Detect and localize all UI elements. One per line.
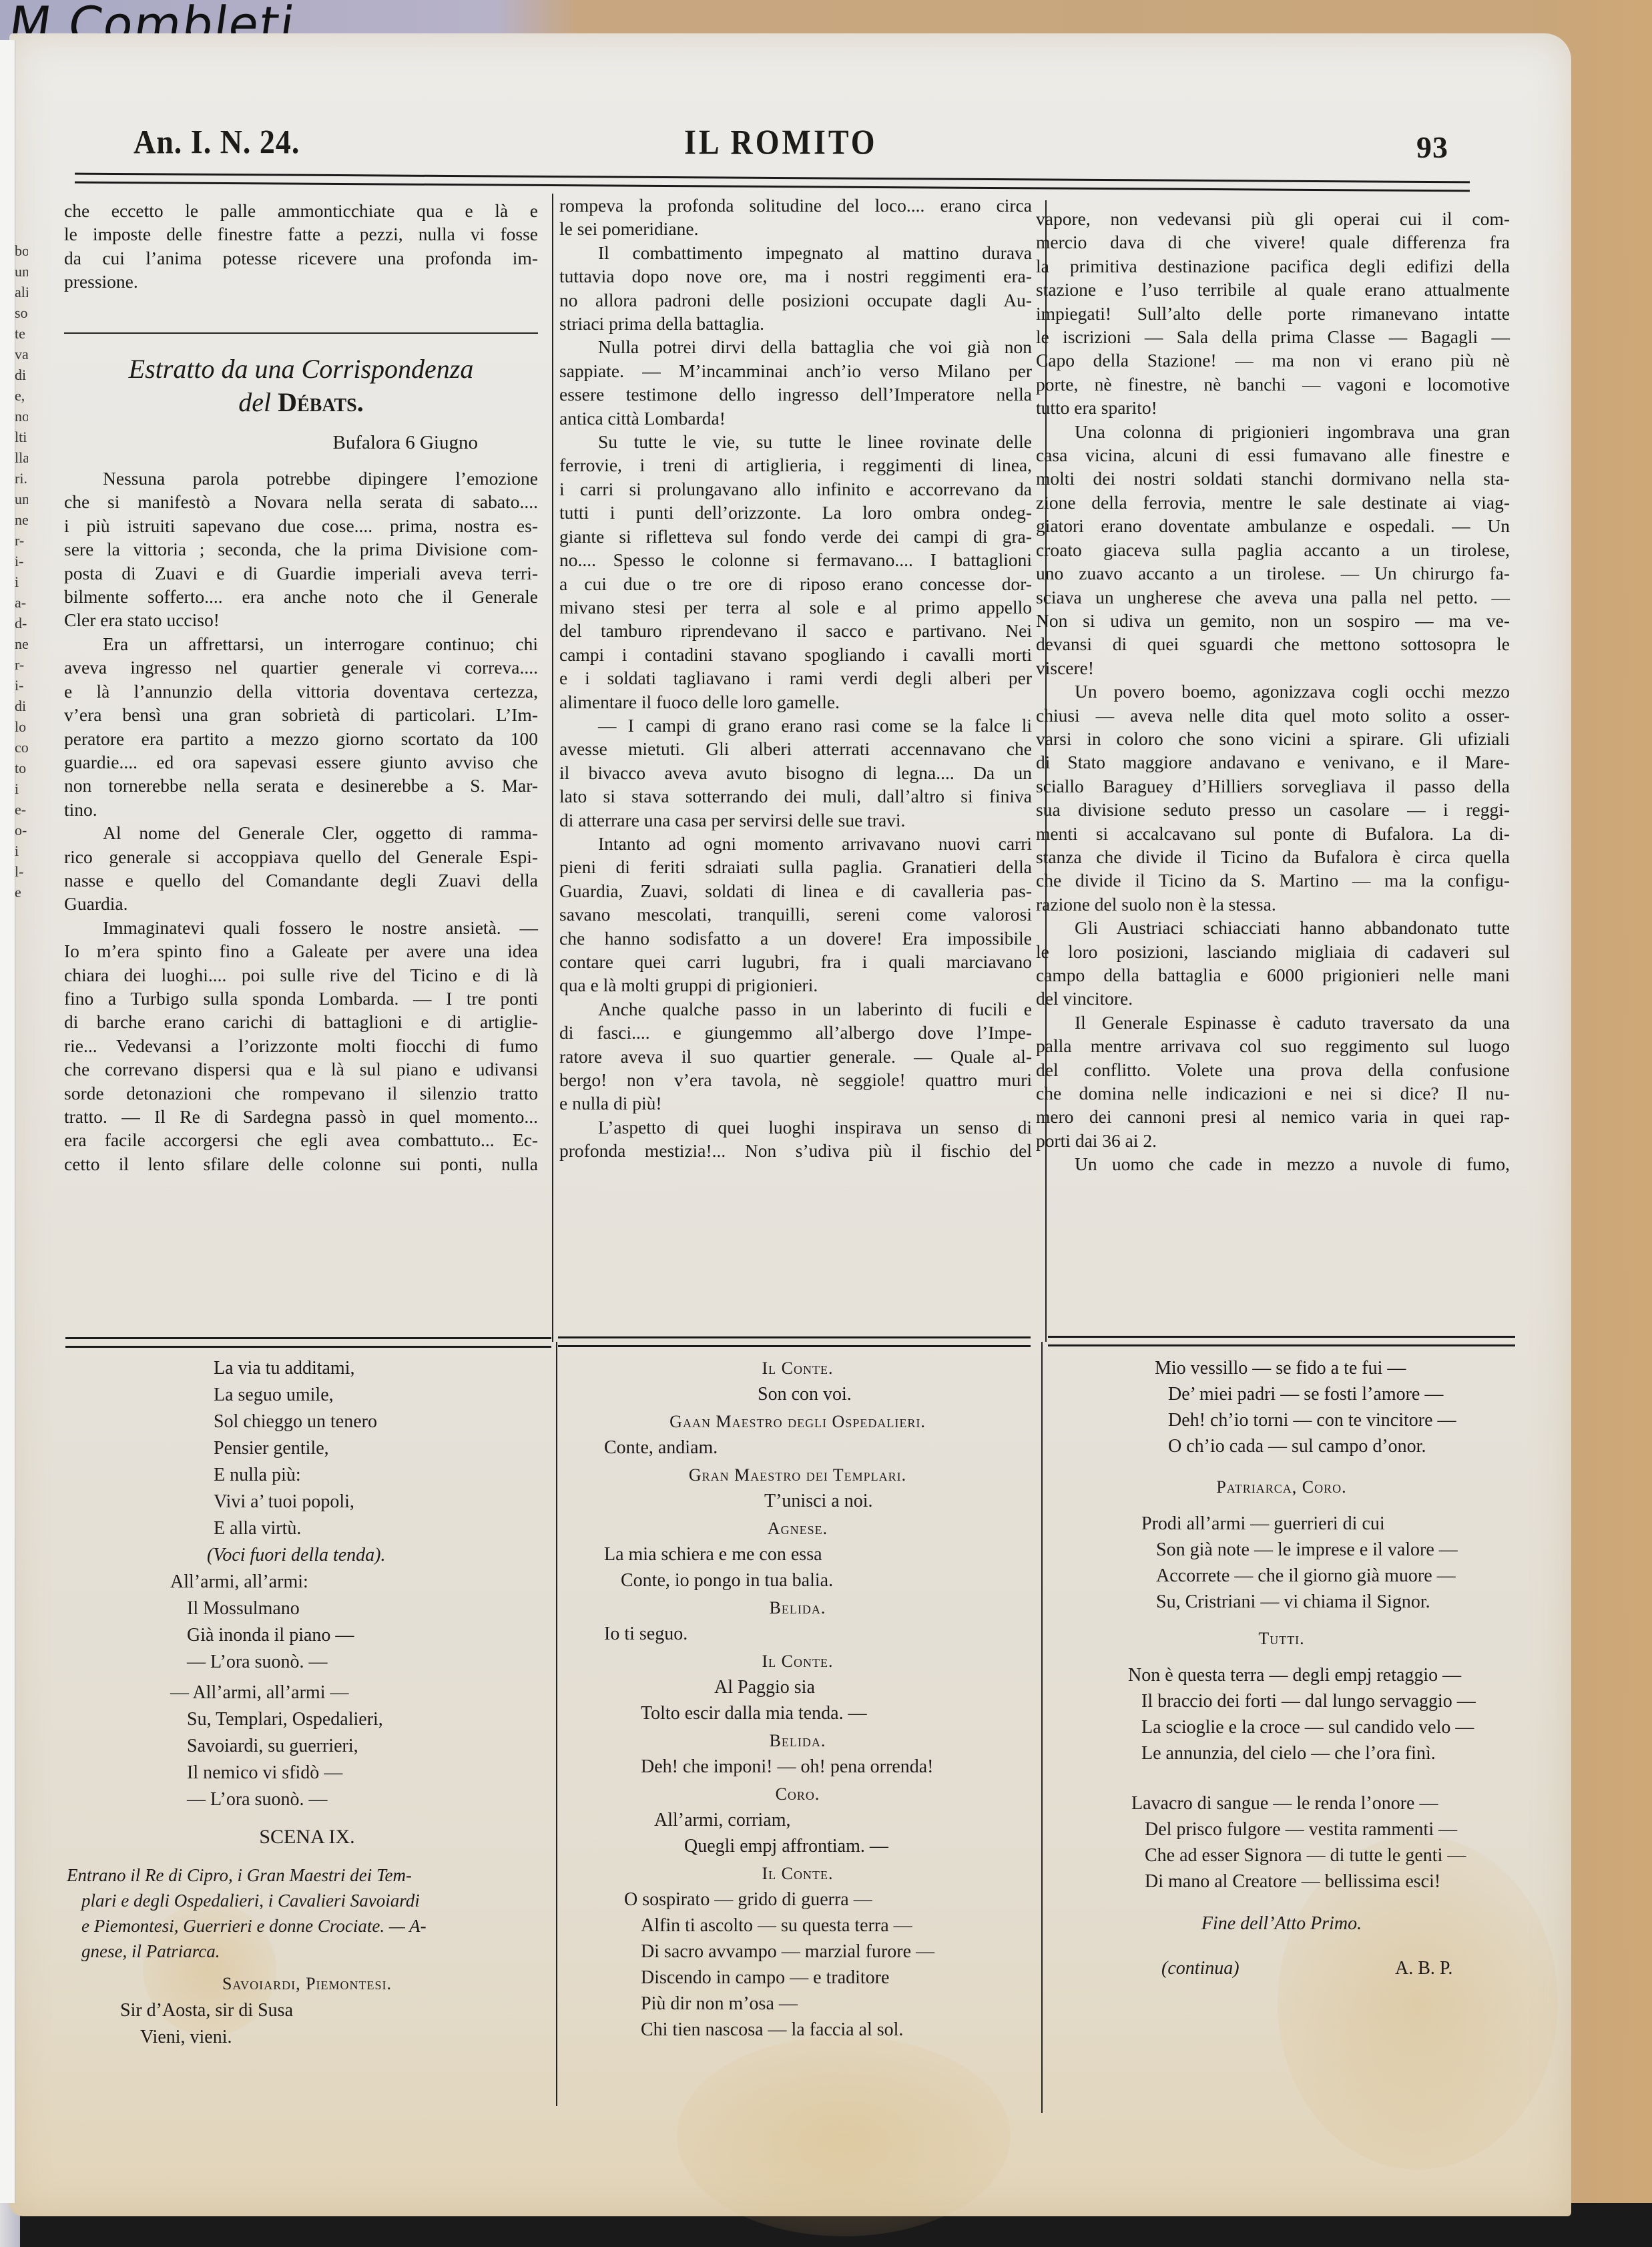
- article-paragraph: Immaginatevi quali fossero le nostre ans…: [64, 916, 538, 1176]
- feuilleton-column-1: La via tu additami, La seguo umile, Sol …: [67, 1355, 547, 2051]
- verse-stanza: Mio vessillo — se fido a te fui —De’ mie…: [1048, 1355, 1515, 1459]
- speaker-label: Il Conte.: [561, 1355, 1035, 1381]
- speaker-label: Il Conte.: [561, 1860, 1035, 1887]
- verse-stanza: Io ti seguo.: [561, 1621, 1035, 1647]
- article-paragraph: Il Generale Espinasse è caduto traversat…: [1036, 1011, 1510, 1152]
- speaker-label: Il Conte.: [561, 1648, 1035, 1674]
- chorus-line: — All’armi, all’armi —: [67, 1680, 547, 1706]
- article-paragraph: rompeva la profonda solitudine del loco.…: [559, 194, 1032, 241]
- verse-stanza: Su, Templari, Ospedalieri, Savoiardi, su…: [67, 1706, 547, 1813]
- feuilleton-column-rule-2: [1041, 1342, 1043, 2113]
- article-continuation: che eccetto le palle ammonticchiate qua …: [64, 199, 538, 294]
- chorus-line: All’armi, all’armi:: [67, 1569, 547, 1595]
- verse-stanza: Prodi all’armi — guerrieri di cuiSon già…: [1048, 1511, 1515, 1615]
- scene-heading: SCENA IX.: [67, 1824, 547, 1850]
- previous-page-edge: [0, 40, 15, 2203]
- article-paragraph: L’aspetto di quei luoghi inspirava un se…: [559, 1115, 1032, 1163]
- issue-number: An. I. N. 24.: [133, 122, 300, 161]
- article-paragraph: Anche qualche passo in un laberinto di f…: [559, 997, 1032, 1115]
- verse-stanza: La via tu additami, La seguo umile, Sol …: [67, 1355, 547, 1542]
- running-head: An. I. N. 24. IL ROMITO 93: [133, 124, 1448, 164]
- article-paragraph: Un uomo che cade in mezzo a nuvole di fu…: [1036, 1152, 1510, 1176]
- verse-stanza: T’unisci a noi.: [561, 1488, 1035, 1514]
- article-paragraph: Una colonna di prigionieri ingombrava un…: [1036, 420, 1510, 680]
- speaker-label: Coro.: [561, 1781, 1035, 1807]
- signature-row: (continua)A. B. P.: [1048, 1955, 1515, 1982]
- previous-page-fragments: bounalisotevadie,no.ltillari.unner-i-ia-…: [15, 240, 28, 903]
- speaker-label: Tutti.: [1048, 1626, 1515, 1652]
- page-number: 93: [1416, 130, 1448, 165]
- feuilleton-rule-1: [65, 1337, 551, 1348]
- article-paragraph: Un povero boemo, agonizzava cogli occhi …: [1036, 680, 1510, 916]
- verse-stanza: Al Paggio siaTolto escir dalla mia tenda…: [561, 1674, 1035, 1726]
- verse-stanza: Lavacro di sangue — le renda l’onore —De…: [1048, 1790, 1515, 1895]
- verse-stanza: Sir d’Aosta, sir di Susa Vieni, vieni.: [67, 1997, 547, 2051]
- verse-stanza: All’armi, corriam,Quegli empj affrontiam…: [561, 1807, 1035, 1859]
- verse-stanza: Deh! che imponi! — oh! pena orrenda!: [561, 1754, 1035, 1780]
- feuilleton-column-rule-1: [556, 1342, 557, 2106]
- stage-direction: (Voci fuori della tenda).: [67, 1542, 547, 1569]
- speaker-label: Belida.: [561, 1595, 1035, 1621]
- speaker-label: Belida.: [561, 1728, 1035, 1754]
- article-paragraph: vapore, non vedevansi più gli operai cui…: [1036, 207, 1510, 420]
- feuilleton-rule-3: [1048, 1336, 1515, 1346]
- column-1: che eccetto le palle ammonticchiate qua …: [64, 199, 538, 1176]
- continued-note: (continua): [1161, 1955, 1240, 1981]
- masthead-title: IL ROMITO: [684, 121, 878, 162]
- verse-stanza: La mia schiera e me con essaConte, io po…: [561, 1541, 1035, 1593]
- column-2: rompeva la profonda solitudine del loco.…: [559, 194, 1032, 1163]
- act-closing: Fine dell’Atto Primo.: [1048, 1911, 1515, 1937]
- speaker-label: Gran Maestro dei Templari.: [561, 1462, 1035, 1488]
- column-rule-1: [552, 194, 553, 1342]
- article-paragraph: Su tutte le vie, su tutte le linee rovin…: [559, 430, 1032, 714]
- speaker-label: Patriarca, Coro.: [1048, 1474, 1515, 1500]
- article-paragraph: Era un affrettarsi, un interrogare conti…: [64, 632, 538, 821]
- feuilleton-column-3: Mio vessillo — se fido a te fui —De’ mie…: [1048, 1355, 1515, 1982]
- speaker-label: Agnese.: [561, 1515, 1035, 1541]
- verse-stanza: Son con voi.: [561, 1381, 1035, 1407]
- article-paragraph: Il combattimento impegnato al mattino du…: [559, 241, 1032, 336]
- article-paragraph: Nessuna parola potrebbe dipingere l’emoz…: [64, 467, 538, 632]
- article-paragraph: Gli Austriaci schiacciati hanno abbandon…: [1036, 916, 1510, 1011]
- feuilleton-rule-2: [558, 1336, 1031, 1347]
- article-paragraph: Nulla potrei dirvi della battaglia che v…: [559, 335, 1032, 430]
- speaker-label: Savoiardi, Piemontesi.: [67, 1971, 547, 1997]
- article-title: Estratto da una Corrispondenza del Débat…: [64, 352, 538, 419]
- feuilleton-column-2: Il Conte.Son con voi.Gaan Maestro degli …: [561, 1355, 1035, 2043]
- verse-stanza: O sospirato — grido di guerra —Alfin ti …: [561, 1887, 1035, 2043]
- article-paragraph: — I campi di grano erano rasi come se la…: [559, 714, 1032, 832]
- scene-description: Entrano il Re di Cipro, i Gran Maestri d…: [67, 1862, 547, 1964]
- author-signature: A. B. P.: [1395, 1955, 1452, 1981]
- article-dateline: Bufalora 6 Giugno: [64, 431, 538, 455]
- article-paragraph: Intanto ad ogni momento arrivavano nuovi…: [559, 832, 1032, 997]
- verse-stanza: Il Mossulmano Già inonda il piano — — L’…: [67, 1595, 547, 1676]
- article-paragraph: Al nome del Generale Cler, oggetto di ra…: [64, 821, 538, 916]
- verse-stanza: Conte, andiam.: [561, 1435, 1035, 1461]
- speaker-label: Gaan Maestro degli Ospedalieri.: [561, 1409, 1035, 1435]
- verse-stanza: Non è questa terra — degli empj retaggio…: [1048, 1662, 1515, 1766]
- column-3: vapore, non vedevansi più gli operai cui…: [1036, 207, 1510, 1176]
- section-divider: [64, 332, 538, 334]
